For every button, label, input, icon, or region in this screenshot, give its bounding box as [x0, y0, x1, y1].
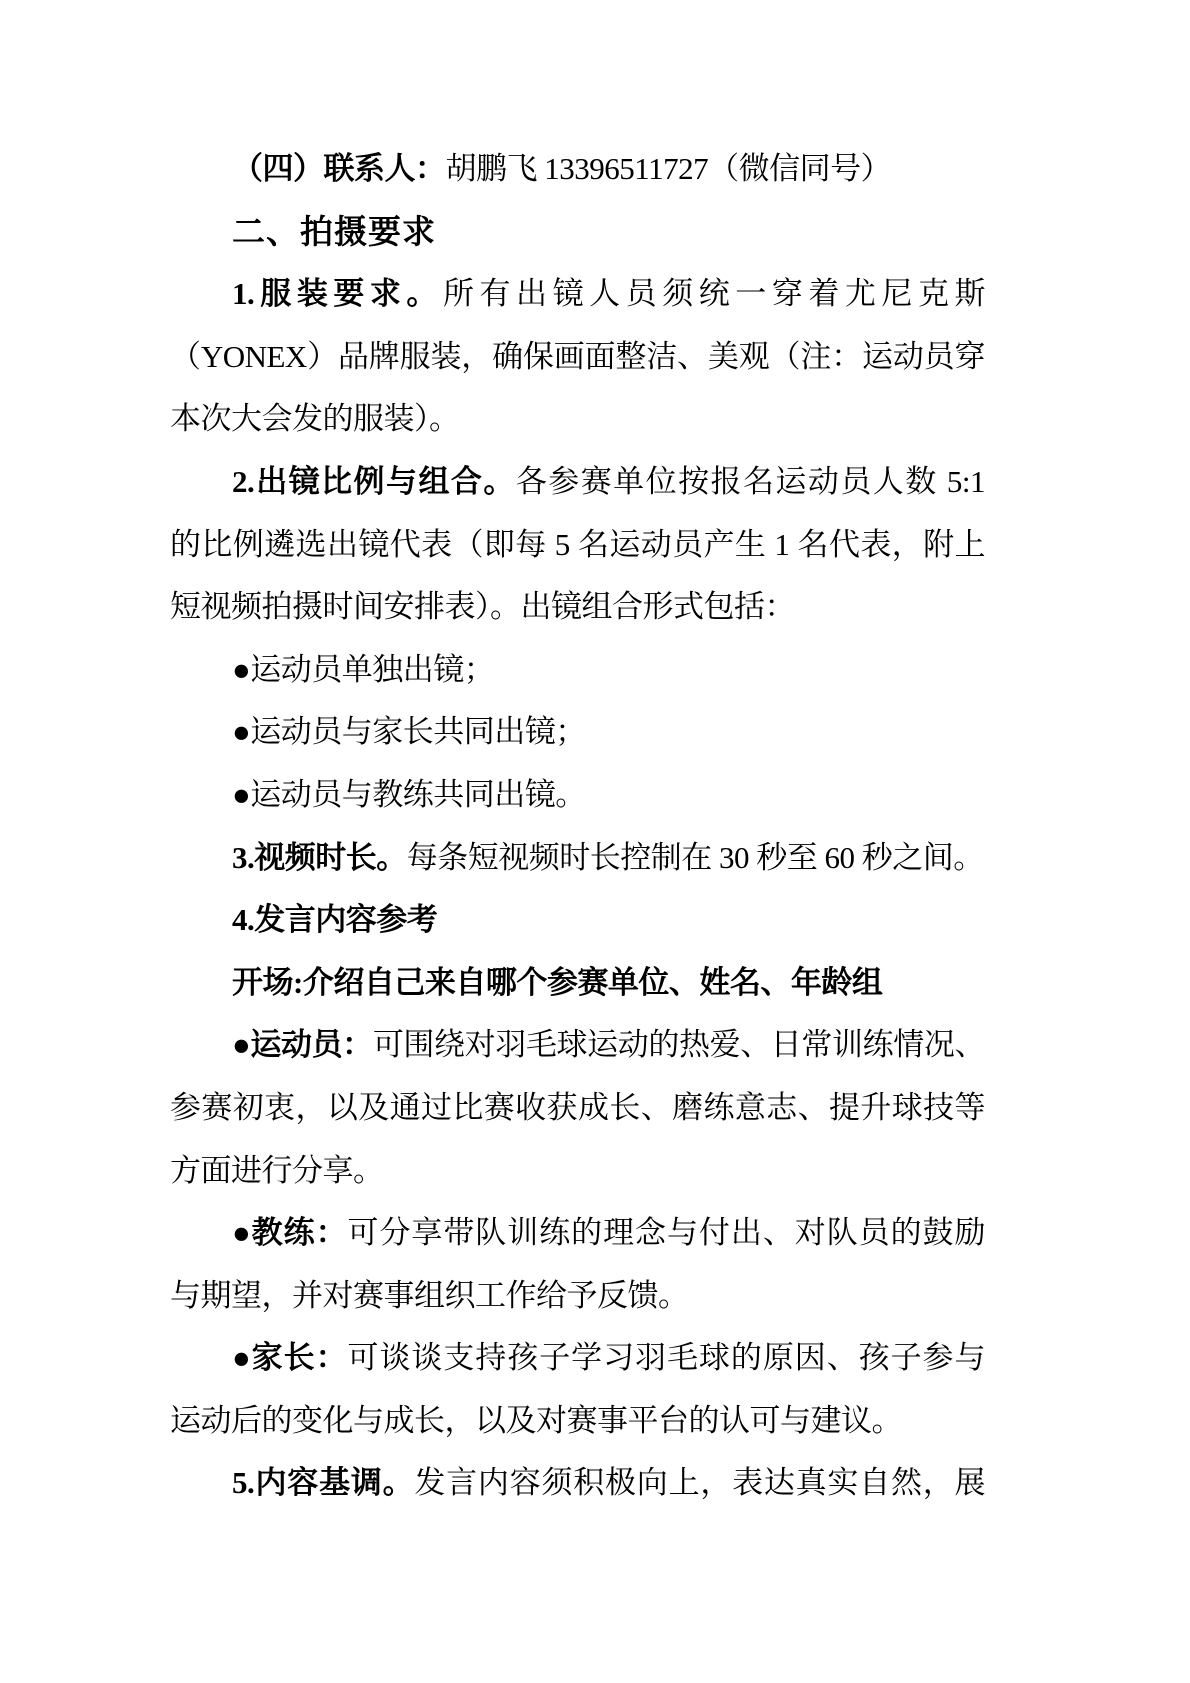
text-line: 3.视频时长。每条短视频时长控制在 30 秒至 60 秒之间。 — [170, 827, 985, 890]
para-opening: 开场:介绍自己来自哪个参赛单位、姓名、年龄组 — [170, 952, 985, 1015]
text-segment: ●运动员与家长共同出镜； — [232, 714, 586, 749]
text-segment: 发言内容须积极向上，表达真实自然，展 — [414, 1465, 985, 1500]
text-segment: ●运动员单独出镜； — [232, 652, 494, 687]
bold-text-segment: （四）联系人： — [232, 151, 446, 186]
bullet-athlete-with-parent: ●运动员与家长共同出镜； — [170, 701, 985, 764]
text-segment: 本次大会发的服装）。 — [170, 401, 460, 436]
document-page: （四）联系人：胡鹏飞 13396511727（微信同号）二、拍摄要求1.服装要求… — [0, 0, 1190, 1683]
text-line: 的比例遴选出镜代表（即每 5 名运动员产生 1 名代表，附上 — [170, 514, 985, 577]
text-line: ●运动员：可围绕对羽毛球运动的热爱、日常训练情况、 — [170, 1014, 985, 1077]
bold-text-segment: 二、拍摄要求 — [232, 213, 436, 250]
text-line: ●教练：可分享带队训练的理念与付出、对队员的鼓励 — [170, 1202, 985, 1265]
text-segment: ●运动员与教练共同出镜。 — [232, 777, 586, 812]
text-segment: 的比例遴选出镜代表（即每 5 名运动员产生 1 名代表，附上 — [170, 527, 985, 562]
bold-text-segment: 3.视频时长。 — [232, 840, 407, 875]
bold-text-segment: 2.出镜比例与组合。 — [232, 464, 516, 499]
text-segment: （YONEX）品牌服装，确保画面整洁、美观（注：运动员穿 — [170, 339, 985, 374]
text-segment: 可谈谈支持孩子学习羽毛球的原因、孩子参与 — [348, 1340, 985, 1375]
text-segment: 方面进行分享。 — [170, 1153, 384, 1188]
text-segment: 与期望，并对赛事组织工作给予反馈。 — [170, 1278, 689, 1313]
bullet-athlete-solo: ●运动员单独出镜； — [170, 639, 985, 702]
para-parent-content: ●家长：可谈谈支持孩子学习羽毛球的原因、孩子参与运动后的变化与成长，以及对赛事平… — [170, 1327, 985, 1452]
text-line: ●运动员单独出镜； — [170, 639, 985, 702]
text-line: 1.服装要求。所有出镜人员须统一穿着尤尼克斯 — [170, 263, 985, 326]
bold-text-segment: ●家长： — [232, 1340, 348, 1375]
bold-text-segment: 开场:介绍自己来自哪个参赛单位、姓名、年龄组 — [232, 965, 882, 1000]
text-line: ●家长：可谈谈支持孩子学习羽毛球的原因、孩子参与 — [170, 1327, 985, 1390]
text-segment: 可围绕对羽毛球运动的热爱、日常训练情况、 — [373, 1027, 985, 1062]
section-heading-shooting-requirements: 二、拍摄要求 — [170, 201, 985, 264]
text-line: 与期望，并对赛事组织工作给予反馈。 — [170, 1265, 985, 1328]
text-line: 运动后的变化与成长，以及对赛事平台的认可与建议。 — [170, 1390, 985, 1453]
text-segment: 运动后的变化与成长，以及对赛事平台的认可与建议。 — [170, 1403, 902, 1438]
text-line: 短视频拍摄时间安排表）。出镜组合形式包括： — [170, 576, 985, 639]
bold-text-segment: 5.内容基调。 — [232, 1465, 414, 1500]
text-line: 二、拍摄要求 — [170, 201, 985, 264]
text-segment: 参赛初衷，以及通过比赛收获成长、磨练意志、提升球技等 — [170, 1090, 985, 1125]
para-athlete-content: ●运动员：可围绕对羽毛球运动的热爱、日常训练情况、参赛初衷，以及通过比赛收获成长… — [170, 1014, 985, 1202]
para-content-tone: 5.内容基调。发言内容须积极向上，表达真实自然，展 — [170, 1452, 985, 1515]
text-segment: 胡鹏飞 13396511727（微信同号） — [446, 151, 892, 186]
para-video-duration: 3.视频时长。每条短视频时长控制在 30 秒至 60 秒之间。 — [170, 827, 985, 890]
bold-text-segment: ●运动员： — [232, 1027, 373, 1062]
text-line: 开场:介绍自己来自哪个参赛单位、姓名、年龄组 — [170, 952, 985, 1015]
text-segment: 每条短视频时长控制在 30 秒至 60 秒之间。 — [407, 840, 984, 875]
text-line: ●运动员与教练共同出镜。 — [170, 764, 985, 827]
contact-line: （四）联系人：胡鹏飞 13396511727（微信同号） — [170, 138, 985, 201]
text-line: ●运动员与家长共同出镜； — [170, 701, 985, 764]
document-body: （四）联系人：胡鹏飞 13396511727（微信同号）二、拍摄要求1.服装要求… — [170, 138, 985, 1515]
text-line: 本次大会发的服装）。 — [170, 388, 985, 451]
text-line: 2.出镜比例与组合。各参赛单位按报名运动员人数 5:1 — [170, 451, 985, 514]
bold-text-segment: 4.发言内容参考 — [232, 902, 437, 937]
text-line: 5.内容基调。发言内容须积极向上，表达真实自然，展 — [170, 1452, 985, 1515]
text-line: （四）联系人：胡鹏飞 13396511727（微信同号） — [170, 138, 985, 201]
para-coach-content: ●教练：可分享带队训练的理念与付出、对队员的鼓励与期望，并对赛事组织工作给予反馈… — [170, 1202, 985, 1327]
bullet-athlete-with-coach: ●运动员与教练共同出镜。 — [170, 764, 985, 827]
text-segment: 可分享带队训练的理念与付出、对队员的鼓励 — [348, 1215, 985, 1250]
text-line: 参赛初衷，以及通过比赛收获成长、磨练意志、提升球技等 — [170, 1077, 985, 1140]
bold-text-segment: ●教练： — [232, 1215, 348, 1250]
para-speech-content-reference: 4.发言内容参考 — [170, 889, 985, 952]
text-segment: 各参赛单位按报名运动员人数 5:1 — [516, 464, 985, 499]
text-line: 方面进行分享。 — [170, 1140, 985, 1203]
para-appearance-ratio: 2.出镜比例与组合。各参赛单位按报名运动员人数 5:1的比例遴选出镜代表（即每 … — [170, 451, 985, 639]
text-segment: 短视频拍摄时间安排表）。出镜组合形式包括： — [170, 589, 795, 624]
text-line: 4.发言内容参考 — [170, 889, 985, 952]
para-dress-code: 1.服装要求。所有出镜人员须统一穿着尤尼克斯（YONEX）品牌服装，确保画面整洁… — [170, 263, 985, 451]
text-line: （YONEX）品牌服装，确保画面整洁、美观（注：运动员穿 — [170, 326, 985, 389]
bold-text-segment: 1.服装要求。 — [232, 276, 443, 311]
text-segment: 所有出镜人员须统一穿着尤尼克斯 — [443, 276, 985, 311]
